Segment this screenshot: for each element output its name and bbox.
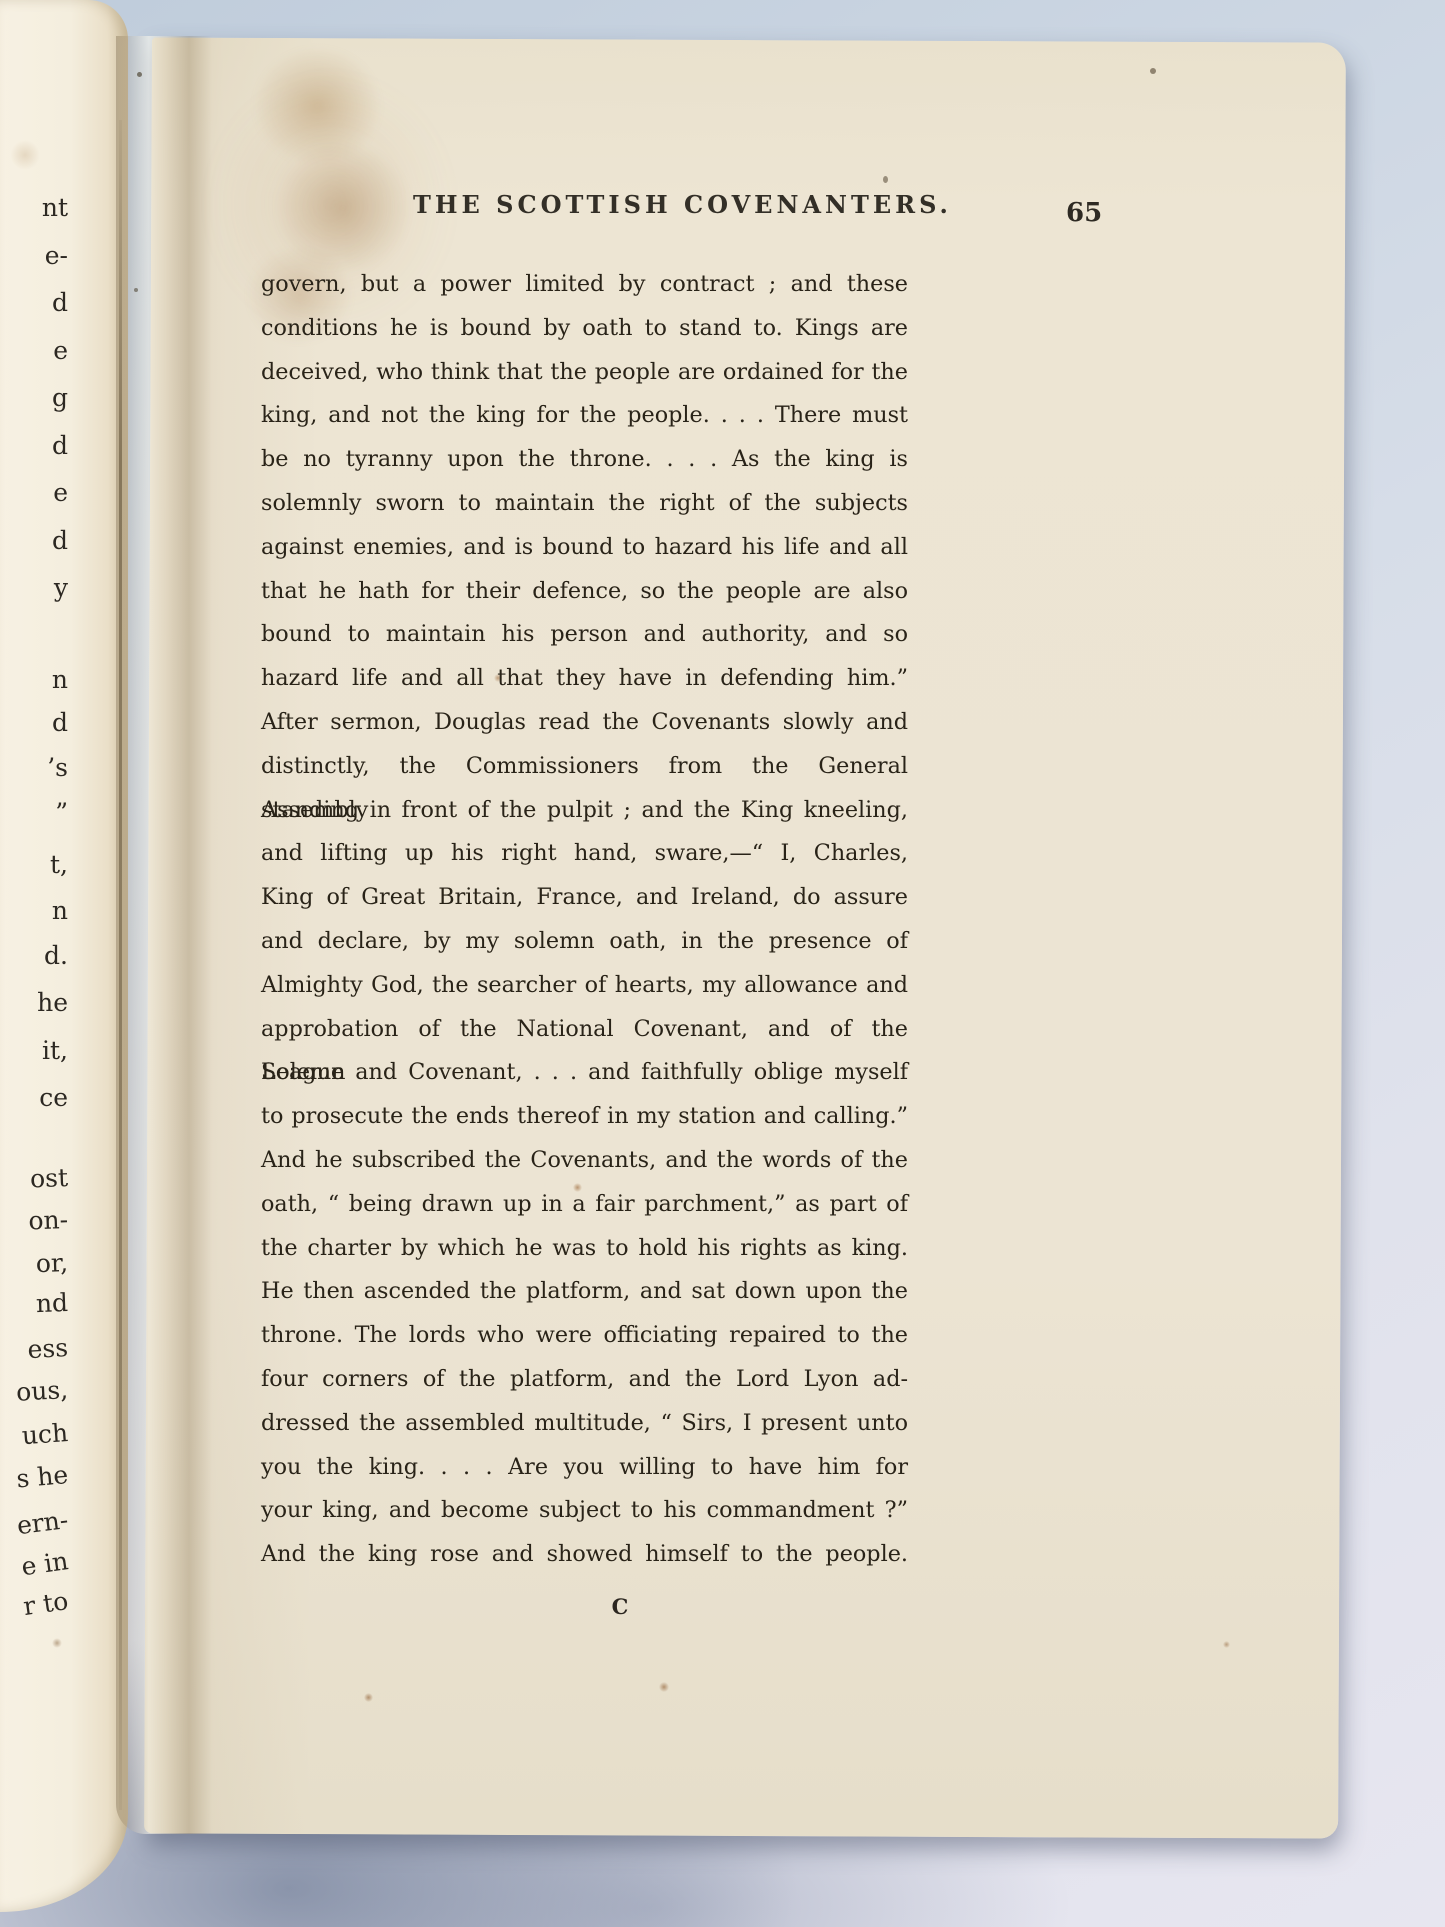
book-gutter (116, 36, 212, 1834)
body-line: against enemies, and is bound to hazard … (261, 526, 908, 570)
body-line: And he subscribed the Covenants, and the… (261, 1139, 908, 1183)
left-page-line-fragment: ous, (0, 1377, 69, 1406)
left-page-line-fragment: on- (0, 1207, 68, 1234)
body-line: that he hath for their defence, so the p… (261, 570, 908, 614)
left-page-line-fragment: e (0, 480, 68, 505)
foxing-speck (1223, 1641, 1230, 1648)
left-page-line-fragment: e- (0, 243, 68, 268)
body-line: be no tyranny upon the throne. . . . As … (261, 438, 908, 482)
body-line: He then ascended the platform, and sat d… (261, 1270, 908, 1314)
left-page-line-fragment: or, (0, 1250, 68, 1277)
body-line: hazard life and all that they have in de… (261, 657, 908, 701)
body-line: oath, “ being drawn up in a fair parchme… (261, 1183, 908, 1227)
left-page-line-fragment: uch (0, 1420, 69, 1450)
body-line: throne. The lords who were officiating r… (261, 1314, 908, 1358)
left-page-line-fragment: r to (0, 1588, 70, 1623)
body-line: and declare, by my solemn oath, in the p… (261, 920, 908, 964)
left-page-line-fragment: d (0, 290, 68, 315)
gutter-crease (119, 120, 122, 1810)
left-page-line-fragment: e (0, 338, 68, 363)
left-page-line-fragment: ’s (0, 755, 68, 780)
left-page-line-fragment: g (0, 385, 68, 410)
body-line: Almighty God, the searcher of hearts, my… (261, 964, 908, 1008)
body-line: League and Covenant, . . . and faithfull… (261, 1051, 908, 1095)
left-page-line-fragment: he (0, 990, 68, 1015)
body-line: four corners of the platform, and the Lo… (261, 1358, 908, 1402)
body-line: to prosecute the ends thereof in my stat… (261, 1095, 908, 1139)
left-page-line-fragment: d (0, 710, 68, 735)
gutter-speck (137, 72, 142, 77)
left-page-line-fragment: nd (0, 1290, 68, 1317)
body-line: approbation of the National Covenant, an… (261, 1008, 908, 1052)
body-line: govern, but a power limited by contract … (261, 263, 908, 307)
foxing-speck (883, 176, 888, 183)
book-photo: nte-degdedynd’s”t,nd.heit,ceoston-or,nde… (0, 0, 1445, 1927)
body-line: bound to maintain his person and authori… (261, 613, 908, 657)
body-line: the charter by which he was to hold his … (261, 1227, 908, 1271)
left-page-line-fragment: e in (0, 1548, 70, 1583)
signature-mark: C (598, 1594, 642, 1619)
page-text: govern, but a power limited by contract … (261, 263, 908, 1577)
left-page-line-fragment: ess (0, 1335, 69, 1364)
gutter-speck (134, 288, 138, 292)
page-number: 65 (1066, 198, 1102, 228)
left-page-line-fragment: s he (0, 1462, 69, 1493)
left-page-line-fragment: t, (0, 852, 68, 877)
body-line: After sermon, Douglas read the Covenants… (261, 701, 908, 745)
left-page-line-fragment: n (0, 667, 68, 692)
foxing-speck (364, 1693, 373, 1702)
body-line: deceived, who think that the people are … (261, 351, 908, 395)
body-line: standing in front of the pulpit ; and th… (261, 789, 908, 833)
left-page-line-fragment: ern- (0, 1507, 70, 1541)
left-page-line-fragment: d (0, 528, 68, 553)
left-page-line-fragment: ost (0, 1165, 68, 1192)
body-line: King of Great Britain, France, and Irela… (261, 876, 908, 920)
body-line: solemnly sworn to maintain the right of … (261, 482, 908, 526)
left-page-line-fragment: it, (0, 1038, 68, 1063)
body-line: your king, and become subject to his com… (261, 1489, 908, 1533)
foxing-speck (1150, 68, 1156, 74)
foxing-speck (659, 1682, 669, 1692)
left-page-line-fragment: ” (0, 800, 68, 825)
running-header: THE SCOTTISH COVENANTERS. (413, 190, 952, 219)
left-page-line-fragment: ce (0, 1085, 68, 1110)
left-page-line-fragment: d (0, 433, 68, 458)
left-page-text-column: nte-degdedynd’s”t,nd.heit,ceoston-or,nde… (0, 0, 74, 1700)
body-line: dressed the assembled multitude, “ Sirs,… (261, 1402, 908, 1446)
body-line: king, and not the king for the people. .… (261, 394, 908, 438)
left-page-line-fragment: y (0, 575, 68, 600)
left-page-line-fragment: n (0, 898, 68, 923)
left-page-line-fragment: nt (0, 195, 68, 220)
body-line: you the king. . . . Are you willing to h… (261, 1446, 908, 1490)
body-line: conditions he is bound by oath to stand … (261, 307, 908, 351)
body-line: and lifting up his right hand, sware,—“ … (261, 832, 908, 876)
body-line: distinctly, the Commissioners from the G… (261, 745, 908, 789)
body-line: And the king rose and showed himself to … (261, 1533, 908, 1577)
left-page-line-fragment: d. (0, 943, 68, 968)
